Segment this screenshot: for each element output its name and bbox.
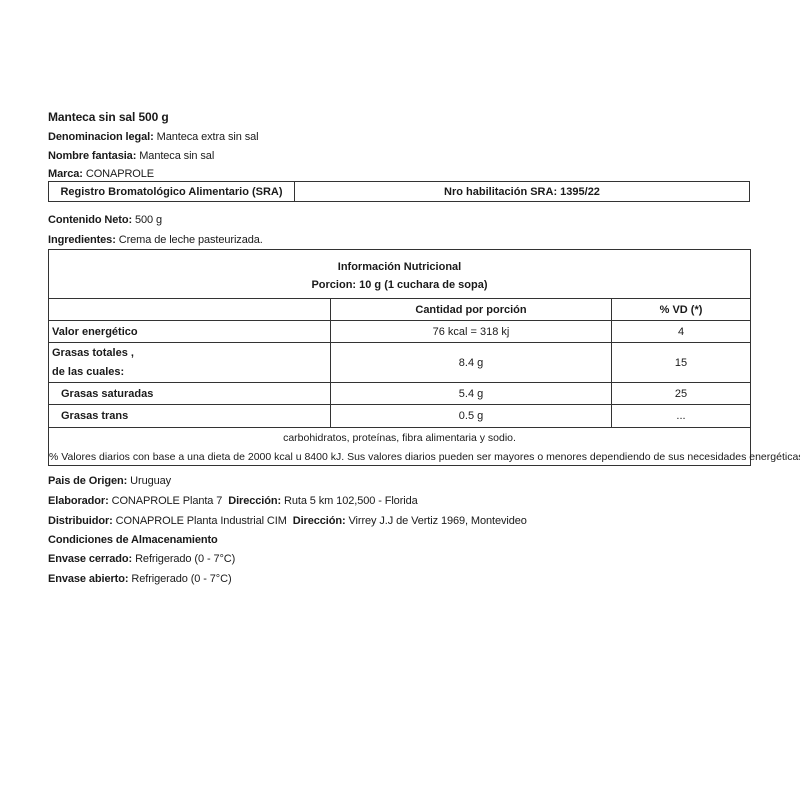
table-row: Grasas totales , de las cuales: 8.4 g 15 [49, 343, 750, 383]
envase-abierto-label: Envase abierto: [48, 573, 128, 585]
ingredientes-label: Ingredientes: [48, 234, 116, 246]
marca: Marca: CONAPROLE [48, 167, 154, 181]
nutrition-column-headers: Cantidad por porción % VD (*) [49, 299, 750, 321]
envase-cerrado: Envase cerrado: Refrigerado (0 - 7°C) [48, 552, 235, 566]
storage-title: Condiciones de Almacenamiento [48, 533, 218, 547]
contenido-label: Contenido Neto: [48, 214, 132, 226]
distribuidor-label: Distribuidor: [48, 515, 113, 527]
origen-label: Pais de Origen: [48, 475, 127, 487]
sra-registro-label: Registro Bromatológico Alimentario (SRA) [49, 182, 295, 201]
column-header-vd: % VD (*) [612, 299, 750, 320]
table-row: Grasas trans 0.5 g ... [49, 405, 750, 428]
nutrient-amount: 76 kcal = 318 kj [331, 321, 612, 342]
sra-table: Registro Bromatológico Alimentario (SRA)… [48, 181, 750, 202]
nutrition-table: Información Nutricional Porcion: 10 g (1… [48, 249, 751, 466]
contenido-neto: Contenido Neto: 500 g [48, 213, 162, 227]
nutrient-name-line2: de las cuales: [52, 363, 124, 382]
footnote-nutrients: carbohidratos, proteínas, fibra alimenta… [49, 432, 750, 444]
denominacion-legal: Denominacion legal: Manteca extra sin sa… [48, 130, 259, 144]
envase-abierto: Envase abierto: Refrigerado (0 - 7°C) [48, 572, 232, 586]
elaborador-label: Elaborador: [48, 495, 109, 507]
table-row: Valor energético 76 kcal = 318 kj 4 [49, 321, 750, 343]
nutrient-name: Valor energético [49, 321, 331, 342]
nutrient-vd: ... [612, 405, 750, 427]
nombre-fantasia: Nombre fantasia: Manteca sin sal [48, 149, 214, 163]
nutrient-vd: 15 [612, 343, 750, 382]
envase-cerrado-value: Refrigerado (0 - 7°C) [135, 553, 235, 565]
table-row: Grasas saturadas 5.4 g 25 [49, 383, 750, 405]
contenido-value: 500 g [135, 214, 162, 226]
elaborador: Elaborador: CONAPROLE Planta 7 Dirección… [48, 494, 418, 508]
envase-cerrado-label: Envase cerrado: [48, 553, 132, 565]
pais-origen: Pais de Origen: Uruguay [48, 474, 171, 488]
marca-value: CONAPROLE [86, 168, 154, 180]
sra-habilitacion: Nro habilitación SRA: 1395/22 [295, 182, 749, 201]
ingredientes-value: Crema de leche pasteurizada. [119, 234, 263, 246]
nutrient-name: Grasas trans [49, 405, 331, 427]
nutrient-name: Grasas saturadas [49, 383, 331, 404]
origen-value: Uruguay [130, 475, 171, 487]
nutrient-name: Grasas totales , de las cuales: [49, 343, 331, 382]
distribuidor-direccion-label: Dirección: [293, 515, 346, 527]
elaborador-direccion-label: Dirección: [228, 495, 281, 507]
distribuidor-direccion-value: Virrey J.J de Vertiz 1969, Montevideo [349, 515, 527, 527]
fantasia-label: Nombre fantasia: [48, 150, 136, 162]
nutrition-title: Información Nutricional [49, 261, 750, 273]
column-header-nutrient [49, 299, 331, 320]
envase-abierto-value: Refrigerado (0 - 7°C) [131, 573, 231, 585]
storage-title-text: Condiciones de Almacenamiento [48, 534, 218, 546]
distribuidor-value: CONAPROLE Planta Industrial CIM [116, 515, 287, 527]
column-header-amount: Cantidad por porción [331, 299, 612, 320]
nutrient-amount: 5.4 g [331, 383, 612, 404]
nutrition-header: Información Nutricional Porcion: 10 g (1… [49, 250, 750, 299]
nutrient-vd: 4 [612, 321, 750, 342]
marca-label: Marca: [48, 168, 83, 180]
elaborador-value: CONAPROLE Planta 7 [112, 495, 223, 507]
denominacion-value: Manteca extra sin sal [157, 131, 259, 143]
nutrition-footnotes: carbohidratos, proteínas, fibra alimenta… [49, 428, 750, 465]
nutrient-amount: 0.5 g [331, 405, 612, 427]
fantasia-value: Manteca sin sal [139, 150, 214, 162]
nutrient-amount: 8.4 g [331, 343, 612, 382]
nutrient-vd: 25 [612, 383, 750, 404]
elaborador-direccion-value: Ruta 5 km 102,500 - Florida [284, 495, 418, 507]
nutrient-name-line1: Grasas totales , [52, 344, 134, 363]
denominacion-label: Denominacion legal: [48, 131, 154, 143]
product-title: Manteca sin sal 500 g [48, 110, 169, 124]
ingredientes: Ingredientes: Crema de leche pasteurizad… [48, 233, 263, 247]
footnote-daily-values: % Valores diarios con base a una dieta d… [49, 451, 750, 463]
distribuidor: Distribuidor: CONAPROLE Planta Industria… [48, 514, 527, 528]
nutrition-portion: Porcion: 10 g (1 cuchara de sopa) [49, 279, 750, 291]
